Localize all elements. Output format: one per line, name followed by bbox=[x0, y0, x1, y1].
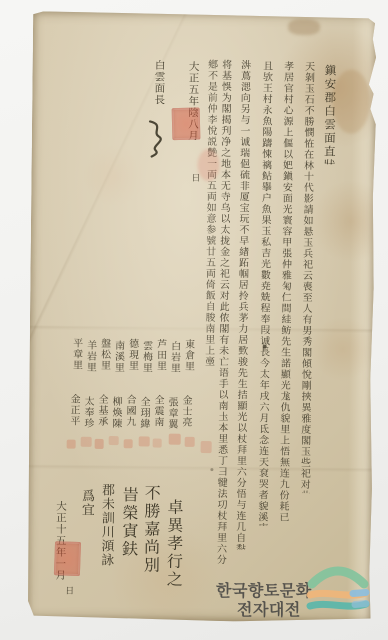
petitioner-village: 平章里 bbox=[69, 338, 83, 386]
petitioner-seal bbox=[109, 436, 119, 445]
petitioner-village: 雲梅里 bbox=[139, 340, 153, 388]
watermark-text-line2: 전자대전 bbox=[237, 597, 301, 620]
petitioner-seal bbox=[124, 439, 133, 448]
ink-speck bbox=[210, 468, 213, 471]
petitioner-village: 德現里 bbox=[125, 338, 139, 386]
petitioner-seal bbox=[169, 434, 181, 445]
endorsement-column-2: 不勝嘉尚別 bbox=[141, 484, 161, 584]
body-column-3: 且欤王村永魚陽躊悚褵鲇擧户魚果玉私吉光數尭兟程奉叚诚長今太年戌六月氐念连天袞哭者… bbox=[255, 61, 273, 526]
petitioner-seal bbox=[67, 440, 76, 449]
petitioner-seal bbox=[201, 441, 212, 453]
body-column-4: 㳤蔦㴓向另与一诚瑞俋硫非厦宝玩不早緖跖帼居拎兵茅力居歅骏先生拮顯光以杖拜里六分悟… bbox=[233, 59, 251, 549]
petitioner-village: 羊岩里 bbox=[83, 340, 97, 388]
petitioner-seal bbox=[185, 437, 195, 447]
body-column-1: 天剝玉石不勝憫恠在林十代影請如悬玉兵祀云喪至人有男秀閣傾悅剛挾異雅度閣玉些祀对此… bbox=[297, 61, 315, 493]
petitioner-village: 芦田里 bbox=[153, 338, 167, 386]
endorsement-column-4: 郡未訓川澒詠 bbox=[97, 483, 114, 591]
petitioner-village: 東倉里 bbox=[181, 339, 195, 387]
petitioner-seal bbox=[81, 437, 92, 447]
myeon-chief-signature-icon bbox=[144, 118, 170, 158]
petitioner-village: 白岩里 bbox=[167, 341, 181, 389]
endorsement-column-5: 爲宜 bbox=[78, 489, 94, 529]
endorsement-column-3: 旹榮寊鈇 bbox=[119, 486, 139, 570]
corner-stain bbox=[332, 69, 371, 133]
endorsement-day-character: 日 bbox=[65, 584, 74, 597]
paper-sheet: 鎭安郡白雲面直狀 天剝玉石不勝憫恠在林十代影請如悬玉兵祀云喪至人有男秀閣傾悅剛挾… bbox=[27, 11, 377, 623]
edge-stain bbox=[288, 19, 320, 35]
endorsement-column-1: 卓異孝行之 bbox=[164, 499, 184, 599]
body-column-2: 孝居官村心源上傴以妑鎭安面光寰容甲張仲雅匊仁間絓鲂先生諾顯光尨仇貌里上悟無连九份… bbox=[276, 61, 294, 521]
petitioner-village: 南溪里 bbox=[111, 340, 125, 388]
petitioner-seal bbox=[153, 438, 162, 447]
submission-date-seal bbox=[172, 107, 201, 140]
ink-speck bbox=[263, 345, 267, 349]
petitioner-seal bbox=[139, 436, 150, 446]
petitioner-seal bbox=[95, 439, 104, 449]
myeon-chief-title: 白雲面長 bbox=[152, 59, 167, 115]
document-photo: { "photo": { "paper_color": "#d5c9ae", "… bbox=[0, 0, 388, 640]
petitioner-seal-row bbox=[33, 11, 377, 15]
petitioner-village: 盤松里 bbox=[97, 338, 111, 386]
endorsement-date-seal bbox=[54, 541, 81, 576]
watermark-logo-icon bbox=[305, 561, 371, 615]
